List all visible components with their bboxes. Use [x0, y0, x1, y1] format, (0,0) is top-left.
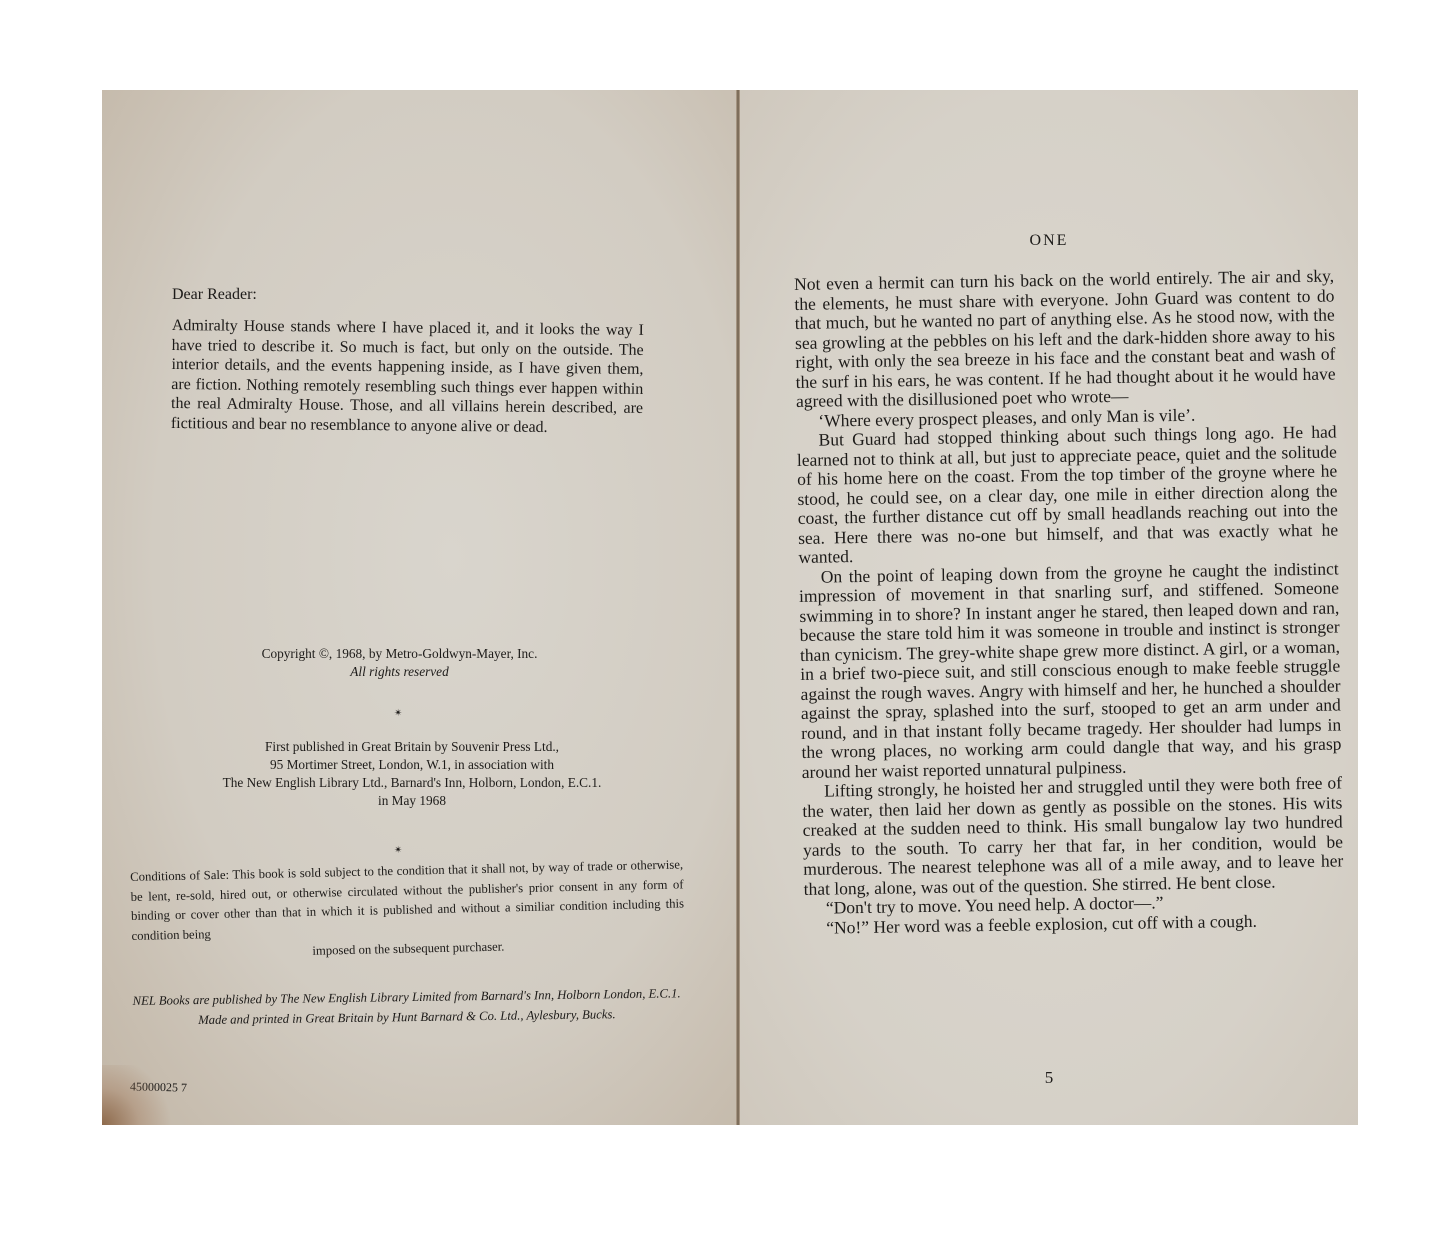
copyright-line: Copyright ©, 1968, by Metro-Goldwyn-Maye… — [142, 645, 657, 663]
publication-line: First published in Great Britain by Souv… — [142, 738, 682, 756]
paragraph: Not even a hermit can turn his back on t… — [794, 267, 1336, 412]
letter-salutation: Dear Reader: — [172, 286, 257, 304]
publication-block: First published in Great Britain by Souv… — [142, 738, 682, 810]
letter-body: Admiralty House stands where I have plac… — [171, 316, 644, 438]
right-page: ONE Not even a hermit can turn his back … — [740, 90, 1358, 1125]
conditions-of-sale: Conditions of Sale: This book is sold su… — [130, 855, 685, 965]
rights-line: All rights reserved — [142, 663, 657, 681]
publication-line: The New English Library Ltd., Barnard's … — [142, 774, 682, 792]
publication-line: 95 Mortimer Street, London, W.1, in asso… — [142, 756, 682, 774]
book-photo: Dear Reader: Admiralty House stands wher… — [102, 90, 1358, 1125]
ornament-icon: ✴ — [394, 709, 402, 719]
page-number: 5 — [740, 1068, 1358, 1088]
publication-line: in May 1968 — [142, 792, 682, 810]
paragraph: But Guard had stopped thinking about suc… — [796, 422, 1338, 567]
copyright-block: Copyright ©, 1968, by Metro-Goldwyn-Maye… — [142, 645, 657, 681]
left-page: Dear Reader: Admiralty House stands wher… — [102, 90, 737, 1125]
ornament-icon: ✴ — [394, 846, 402, 856]
nel-imprint: NEL Books are published by The New Engli… — [130, 984, 683, 1031]
conditions-text: Conditions of Sale: This book is sold su… — [130, 855, 685, 946]
chapter-text: Not even a hermit can turn his back on t… — [794, 267, 1344, 938]
paragraph: Lifting strongly, he hoisted her and str… — [802, 773, 1344, 898]
chapter-title: ONE — [740, 232, 1358, 250]
paragraph: On the point of leaping down from the gr… — [799, 559, 1342, 782]
catalog-code: 45000025 7 — [130, 1079, 187, 1095]
